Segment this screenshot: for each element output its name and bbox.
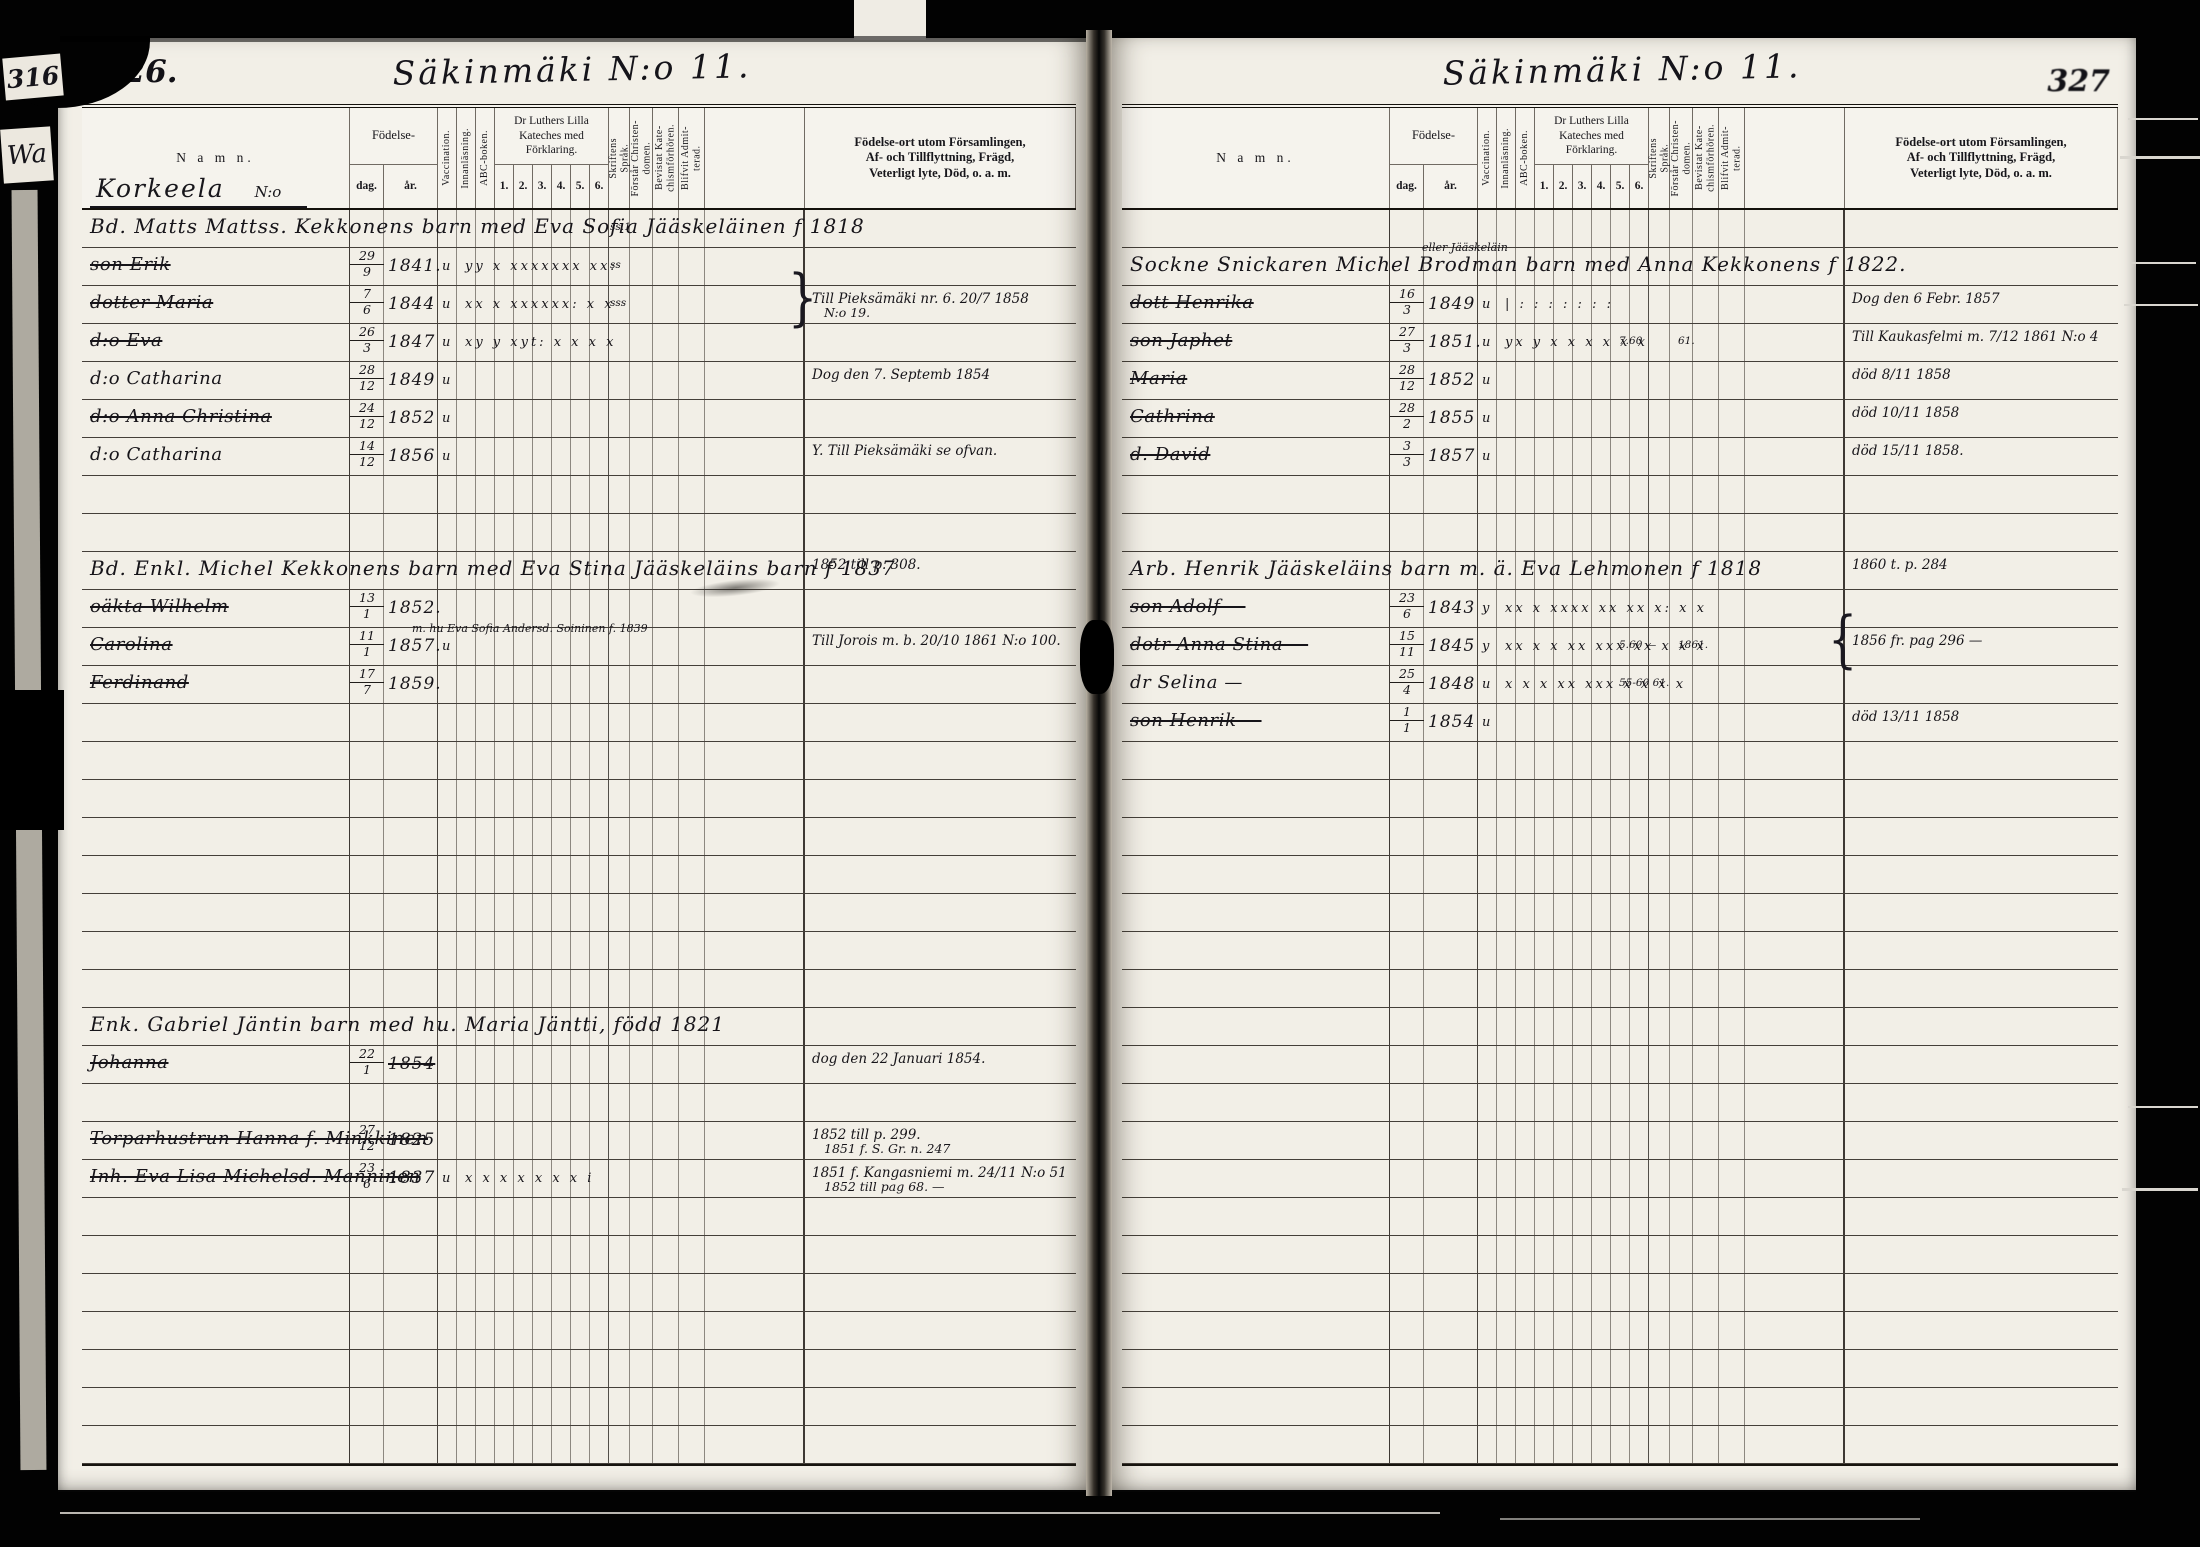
- grid-cell: [1630, 932, 1649, 969]
- grid-cell: [679, 1160, 705, 1197]
- grid-cell: [1693, 1312, 1719, 1349]
- grid-cell: [609, 666, 630, 703]
- grid-cell: [1554, 1274, 1573, 1311]
- grid-cell: [457, 1426, 476, 1463]
- grid-cell: [1497, 1046, 1516, 1083]
- grid-cell: [438, 856, 457, 893]
- grid-cell: [514, 856, 533, 893]
- remark-note: död 13/11 1858: [1852, 709, 1959, 725]
- grid-cell: [1845, 590, 2118, 627]
- grid-cell: [653, 932, 679, 969]
- grid-cell: [1516, 400, 1535, 437]
- header-blifvit: Blifvit Admit- terad.: [1719, 108, 1745, 208]
- script-mark: ss: [610, 259, 621, 271]
- birth-date: 236: [1390, 592, 1424, 620]
- birth-year: 1825: [388, 1130, 435, 1150]
- grid-cell: [1573, 704, 1592, 741]
- grid-cell: [1497, 1236, 1516, 1273]
- grid-cell: [1592, 400, 1611, 437]
- script-mark: sss: [610, 297, 626, 309]
- table-body: Bd. Matts Mattss. Kekkonens barn med Eva…: [82, 210, 1076, 1464]
- grid-cell: [1630, 514, 1649, 551]
- grid-cell: [1573, 1198, 1592, 1235]
- table-row: [82, 1198, 1076, 1236]
- grid-cell: [1573, 780, 1592, 817]
- grid-cell: [1424, 1350, 1478, 1387]
- grid-cell: [1611, 1046, 1630, 1083]
- header-innanlasning: Innanläsning.: [1497, 108, 1516, 208]
- catechism-years: 61.: [1678, 335, 1695, 347]
- grid-cell: [552, 514, 571, 551]
- birth-date: 2412: [350, 402, 384, 430]
- remark-note: Till Kaukasfelmi m. 7/12 1861 N:o 4: [1852, 329, 2098, 345]
- scan-scratch: [2120, 156, 2200, 159]
- birth-month: 2: [1390, 417, 1424, 431]
- grid-cell: [609, 1084, 630, 1121]
- grid-cell: [1693, 362, 1719, 399]
- remark-note: 1860 t. p. 284: [1852, 557, 1948, 573]
- birth-month: 3: [1390, 455, 1424, 469]
- grid-cell: [609, 970, 630, 1007]
- grid-cell: [1719, 514, 1745, 551]
- grid-cell: [1611, 1084, 1630, 1121]
- grid-cell: [1693, 856, 1719, 893]
- grid-cell: [1535, 932, 1554, 969]
- table-row: [82, 1274, 1076, 1312]
- grid-cell: [552, 1122, 571, 1159]
- grid-cell: [1845, 210, 2118, 247]
- grid-cell: [533, 742, 552, 779]
- header-kateches: Dr Luthers Lilla Kateches med Förklaring…: [495, 108, 609, 164]
- grid-cell: [705, 1388, 805, 1425]
- grid-cell: [476, 932, 495, 969]
- grid-cell: [438, 1122, 457, 1159]
- grid-cell: [1122, 1198, 1390, 1235]
- grid-cell: [653, 438, 679, 475]
- grid-cell: [1592, 1236, 1611, 1273]
- grid-cell: [1719, 400, 1745, 437]
- grid-cell: [476, 1274, 495, 1311]
- grid-cell: [1649, 704, 1670, 741]
- grid-cell: [82, 970, 350, 1007]
- grid-cell: [1611, 476, 1630, 513]
- grid-cell: [350, 1312, 384, 1349]
- table-row: [82, 476, 1076, 514]
- grid-cell: [1845, 1274, 2118, 1311]
- grid-cell: [653, 476, 679, 513]
- grid-cell: [1424, 932, 1478, 969]
- grid-cell: [705, 1160, 805, 1197]
- grid-cell: [630, 894, 653, 931]
- grid-cell: [1573, 1008, 1592, 1045]
- grid-cell: [457, 1274, 476, 1311]
- grid-cell: [1390, 780, 1424, 817]
- grid-cell: [1845, 1046, 2118, 1083]
- grid-cell: [1630, 1312, 1649, 1349]
- grid-cell: [1649, 324, 1670, 361]
- grid-cell: [1649, 1236, 1670, 1273]
- grid-cell: [1745, 438, 1845, 475]
- table-row: [1122, 1198, 2118, 1236]
- grid-cell: [533, 438, 552, 475]
- table-row: d:o Catharina14121856uY. Till Pieksämäki…: [82, 438, 1076, 476]
- grid-cell: [1424, 894, 1478, 931]
- grid-cell: [1845, 1350, 2118, 1387]
- grid-cell: [476, 856, 495, 893]
- grid-cell: [1845, 1122, 2118, 1159]
- grid-cell: [805, 1084, 1076, 1121]
- catechism-years: 7.60: [1619, 335, 1642, 347]
- grid-cell: [533, 856, 552, 893]
- grid-cell: [82, 1236, 350, 1273]
- grid-cell: [630, 1160, 653, 1197]
- grid-cell: [630, 666, 653, 703]
- grid-cell: [1516, 856, 1535, 893]
- grid-cell: [590, 1312, 609, 1349]
- header-ar: år.: [1424, 164, 1478, 208]
- vaccination-mark: u: [1482, 297, 1492, 312]
- reading-marks: x x x x x x x i: [465, 1171, 594, 1186]
- grid-cell: [609, 1312, 630, 1349]
- grid-cell: [571, 932, 590, 969]
- grid-cell: [1719, 362, 1745, 399]
- grid-cell: [552, 476, 571, 513]
- grid-cell: [1670, 514, 1693, 551]
- grid-cell: [1516, 1236, 1535, 1273]
- birth-day: 1: [1390, 706, 1424, 721]
- grid-cell: [1535, 210, 1554, 247]
- grid-cell: [1497, 362, 1516, 399]
- grid-cell: [1649, 476, 1670, 513]
- grid-cell: [350, 1084, 384, 1121]
- grid-cell: [1719, 1274, 1745, 1311]
- grid-cell: [609, 1236, 630, 1273]
- grid-cell: [1592, 894, 1611, 931]
- grid-cell: [1390, 970, 1424, 1007]
- grid-cell: [1497, 514, 1516, 551]
- grid-cell: [1670, 1084, 1693, 1121]
- grid-cell: [805, 970, 1076, 1007]
- grid-cell: [1122, 1084, 1390, 1121]
- grid-cell: [1693, 324, 1719, 361]
- header-vaccination: Vaccination.: [1478, 108, 1497, 208]
- grid-cell: [1845, 1198, 2118, 1235]
- grid-cell: [1745, 1274, 1845, 1311]
- table-row: [1122, 1236, 2118, 1274]
- grid-cell: [705, 856, 805, 893]
- grid-cell: [1478, 1426, 1497, 1463]
- grid-cell: [1390, 1122, 1424, 1159]
- remark-note: Y. Till Pieksämäki se ofvan.: [812, 443, 997, 459]
- grid-cell: [1535, 1046, 1554, 1083]
- header-vaccination-label: Vaccination.: [441, 130, 453, 186]
- grid-cell: [1390, 1274, 1424, 1311]
- grid-cell: [679, 248, 705, 285]
- grid-cell: [571, 1122, 590, 1159]
- table-row: Carolinam. hu Eva Sofia Andersd. Soinine…: [82, 628, 1076, 666]
- header-innanlasning-label: Innanläsning.: [1500, 128, 1512, 189]
- vaccination-mark: y: [1482, 639, 1491, 654]
- grid-cell: [1670, 970, 1693, 1007]
- grid-cell: [1670, 1008, 1693, 1045]
- grid-cell: [590, 1388, 609, 1425]
- grid-cell: [1516, 1312, 1535, 1349]
- grid-cell: [514, 780, 533, 817]
- grid-cell: [457, 1350, 476, 1387]
- grid-cell: [609, 400, 630, 437]
- grid-cell: [1611, 1008, 1630, 1045]
- catechism-years: 5.60 —: [1619, 639, 1656, 651]
- vaccination-mark: u: [442, 1171, 452, 1186]
- grid-cell: [457, 704, 476, 741]
- grid-cell: [705, 362, 805, 399]
- grid-cell: [679, 818, 705, 855]
- grid-cell: [1592, 1084, 1611, 1121]
- grid-cell: [1390, 1236, 1424, 1273]
- grid-cell: [805, 476, 1076, 513]
- grid-cell: [1693, 970, 1719, 1007]
- grid-cell: [1719, 1084, 1745, 1121]
- grid-cell: [679, 894, 705, 931]
- grid-cell: [1535, 400, 1554, 437]
- table-row: [1122, 1426, 2118, 1464]
- grid-cell: [552, 932, 571, 969]
- grid-cell: [533, 1084, 552, 1121]
- grid-cell: [1745, 704, 1845, 741]
- birth-date: 236: [350, 1162, 384, 1190]
- grid-cell: [590, 1198, 609, 1235]
- grid-cell: [705, 438, 805, 475]
- grid-cell: [1554, 818, 1573, 855]
- grid-cell: [495, 970, 514, 1007]
- grid-cell: [1592, 818, 1611, 855]
- grid-cell: [609, 1198, 630, 1235]
- grid-cell: [1670, 894, 1693, 931]
- grid-cell: [1719, 1350, 1745, 1387]
- grid-cell: [1573, 856, 1592, 893]
- right-table: N a m n.Födelse-dag.år.Vaccination.Innan…: [1122, 104, 2118, 1466]
- reading-marks: xx x x xx xxx xx x x x: [1505, 639, 1707, 654]
- table-row: [1122, 476, 2118, 514]
- grid-cell: [552, 856, 571, 893]
- grid-cell: [1719, 210, 1745, 247]
- grid-cell: [571, 476, 590, 513]
- grid-cell: [1535, 438, 1554, 475]
- catechism-years: 55-60 61.: [1619, 677, 1669, 689]
- grid-cell: [552, 1312, 571, 1349]
- grid-cell: [705, 628, 805, 665]
- grid-cell: [1535, 1236, 1554, 1273]
- grid-cell: [1592, 1274, 1611, 1311]
- grid-cell: [1745, 932, 1845, 969]
- grid-cell: [1592, 514, 1611, 551]
- grid-cell: [1122, 856, 1390, 893]
- grid-cell: [1516, 1122, 1535, 1159]
- table-row: [1122, 1350, 2118, 1388]
- grid-cell: [1122, 514, 1390, 551]
- grid-cell: [476, 704, 495, 741]
- grid-cell: [1670, 780, 1693, 817]
- grid-cell: [1719, 1122, 1745, 1159]
- table-row: Cathrina2821855udöd 10/11 1858: [1122, 400, 2118, 438]
- grid-cell: [495, 1350, 514, 1387]
- birth-date: 33: [1390, 440, 1424, 468]
- grid-cell: [82, 1084, 350, 1121]
- table-row: [1122, 818, 2118, 856]
- grid-cell: [533, 1312, 552, 1349]
- grid-cell: [1649, 1008, 1670, 1045]
- grid-cell: [679, 286, 705, 323]
- grid-cell: [571, 1198, 590, 1235]
- grid-cell: [1424, 514, 1478, 551]
- grid-cell: [1554, 894, 1573, 931]
- table-row: Bd. Matts Mattss. Kekkonens barn med Eva…: [82, 210, 1076, 248]
- grid-cell: [679, 1198, 705, 1235]
- grid-cell: [514, 666, 533, 703]
- grid-cell: [1693, 476, 1719, 513]
- grid-cell: [1535, 704, 1554, 741]
- grid-cell: [1592, 704, 1611, 741]
- header-fodelse: Födelse-: [1390, 108, 1478, 164]
- grid-cell: [1719, 1312, 1745, 1349]
- grid-cell: [1497, 1312, 1516, 1349]
- grid-cell: [1630, 1350, 1649, 1387]
- grid-cell: [1845, 780, 2118, 817]
- grid-cell: [514, 438, 533, 475]
- grid-cell: [1719, 324, 1745, 361]
- birth-month: 6: [1390, 607, 1424, 621]
- grid-cell: [350, 818, 384, 855]
- grid-cell: [630, 1426, 653, 1463]
- grid-cell: [630, 742, 653, 779]
- grid-cell: [1535, 362, 1554, 399]
- grid-cell: [1535, 1122, 1554, 1159]
- grid-cell: [1573, 1236, 1592, 1273]
- grid-cell: [630, 1274, 653, 1311]
- grid-cell: [514, 1312, 533, 1349]
- grid-cell: [384, 818, 438, 855]
- grid-cell: [1122, 476, 1390, 513]
- grid-cell: [1630, 818, 1649, 855]
- house-name: KorkeelaN:o: [90, 174, 307, 208]
- grid-cell: [653, 248, 679, 285]
- grid-cell: [1670, 742, 1693, 779]
- grid-cell: [571, 894, 590, 931]
- grid-cell: [82, 894, 350, 931]
- grid-cell: [653, 856, 679, 893]
- grid-cell: [350, 894, 384, 931]
- grid-cell: [1719, 780, 1745, 817]
- header-dag-label: dag.: [1396, 179, 1417, 193]
- grid-cell: [1630, 704, 1649, 741]
- header-kateches-col-label: 2.: [519, 179, 528, 193]
- scan-scratch: [2122, 1188, 2198, 1191]
- grid-cell: [609, 780, 630, 817]
- grid-cell: [1122, 1426, 1390, 1463]
- grid-cell: [1554, 1122, 1573, 1159]
- grid-cell: [1497, 856, 1516, 893]
- grid-cell: [438, 514, 457, 551]
- grid-cell: [438, 1198, 457, 1235]
- grid-cell: [552, 1236, 571, 1273]
- grid-cell: [1424, 1122, 1478, 1159]
- grid-cell: [1122, 1350, 1390, 1387]
- header-abc-boken-label: ABC-boken.: [1519, 130, 1531, 186]
- header-bevistat-label: Bevistat Kate- chismförhören.: [654, 124, 677, 192]
- table-row: son Henrik —111854udöd 13/11 1858: [1122, 704, 2118, 742]
- grid-cell: [514, 932, 533, 969]
- grid-cell: [1390, 1084, 1424, 1121]
- entry-name: dr Selina —: [1130, 672, 1243, 693]
- grid-cell: [82, 704, 350, 741]
- remark-note: 1851 f. S. Gr. n. 247: [824, 1141, 950, 1156]
- birth-day: 13: [350, 592, 384, 607]
- header-remarks: Födelse-ort utom Församlingen, Af- och T…: [1845, 108, 2118, 208]
- grid-cell: [805, 1236, 1076, 1273]
- grid-cell: [514, 1388, 533, 1425]
- entry-overline-note: eller Jääskeläin: [1422, 241, 1508, 254]
- birth-date: 2812: [1390, 364, 1424, 392]
- grid-cell: [1554, 1350, 1573, 1387]
- grid-cell: [1670, 1350, 1693, 1387]
- grid-cell: [679, 1046, 705, 1083]
- header-namn-label: N a m n.: [176, 150, 255, 167]
- grid-cell: [1592, 438, 1611, 475]
- grid-cell: [571, 1388, 590, 1425]
- grid-cell: [1554, 932, 1573, 969]
- grid-cell: [457, 1046, 476, 1083]
- grid-cell: [805, 590, 1076, 627]
- grid-cell: [1478, 476, 1497, 513]
- grid-cell: [350, 932, 384, 969]
- grid-cell: [1573, 514, 1592, 551]
- grid-cell: [571, 742, 590, 779]
- grid-cell: [705, 400, 805, 437]
- grid-cell: [514, 1122, 533, 1159]
- grid-cell: [609, 1426, 630, 1463]
- grid-cell: [495, 666, 514, 703]
- grid-cell: [1424, 856, 1478, 893]
- header-kateches-col-label: 3.: [538, 179, 547, 193]
- grid-cell: [1670, 856, 1693, 893]
- grid-cell: [1611, 400, 1630, 437]
- entry-name: son Henrik —: [1130, 710, 1262, 731]
- grid-cell: [1630, 856, 1649, 893]
- grid-cell: [1122, 932, 1390, 969]
- grid-cell: [1478, 1388, 1497, 1425]
- grid-cell: [1745, 1122, 1845, 1159]
- grid-cell: [476, 514, 495, 551]
- grid-cell: [457, 400, 476, 437]
- grid-cell: [705, 1198, 805, 1235]
- grid-cell: [805, 400, 1076, 437]
- birth-month: 12: [350, 1139, 384, 1153]
- grid-cell: [384, 1388, 438, 1425]
- grid-cell: [1670, 932, 1693, 969]
- grid-cell: [495, 514, 514, 551]
- bottom-left-blob: [0, 690, 64, 830]
- grid-cell: [1719, 742, 1745, 779]
- vaccination-mark: u: [442, 259, 452, 274]
- grid-cell: [82, 932, 350, 969]
- birth-month: 12: [350, 379, 384, 393]
- grid-cell: [1670, 1426, 1693, 1463]
- header-kateches-col-label: 3.: [1578, 179, 1587, 193]
- header-blifvit-label: Blifvit Admit- terad.: [680, 126, 703, 190]
- grid-cell: [1745, 780, 1845, 817]
- grid-cell: [457, 666, 476, 703]
- birth-day: 25: [1390, 668, 1424, 683]
